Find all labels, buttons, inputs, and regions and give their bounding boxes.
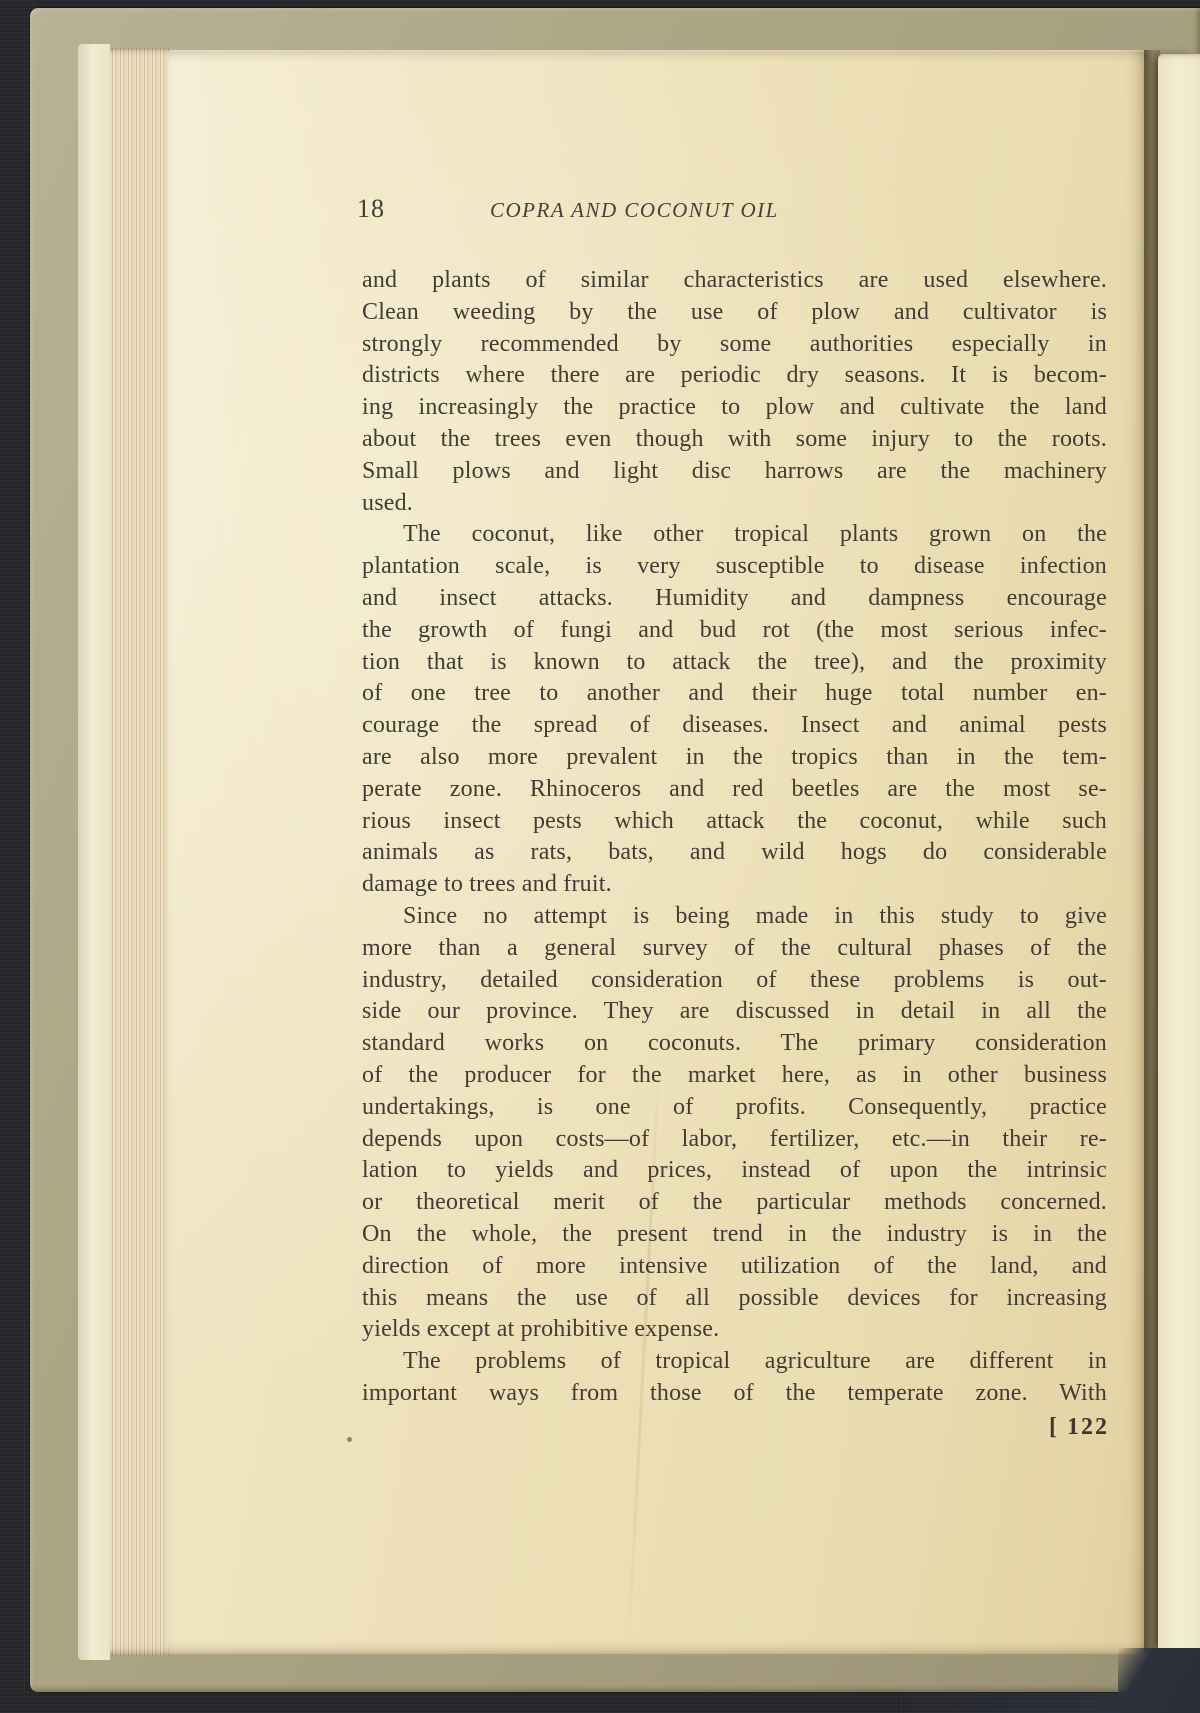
running-head: 18 COPRA AND COCONUT OIL xyxy=(362,196,1107,232)
text-line: of the producer for the market here, as … xyxy=(362,1060,1107,1092)
next-page-edge xyxy=(1158,54,1200,1652)
text-line: of one tree to another and their huge to… xyxy=(362,678,1107,710)
text-line: Small plows and light disc harrows are t… xyxy=(362,456,1107,488)
text-line: ing increasingly the practice to plow an… xyxy=(362,392,1107,424)
text-line: and plants of similar characteristics ar… xyxy=(362,265,1107,297)
text-line: and insect attacks. Humidity and dampnes… xyxy=(362,583,1107,615)
text-line: this means the use of all possible devic… xyxy=(362,1283,1107,1315)
text-line: On the whole, the present trend in the i… xyxy=(362,1219,1107,1251)
body-text: and plants of similar characteristics ar… xyxy=(362,265,1107,1410)
text-line: lation to yields and prices, instead of … xyxy=(362,1155,1107,1187)
text-line: plantation scale, is very susceptible to… xyxy=(362,551,1107,583)
text-line: yields except at prohibitive expense. xyxy=(362,1314,1107,1346)
text-line: about the trees even though with some in… xyxy=(362,424,1107,456)
text-line: Since no attempt is being made in this s… xyxy=(362,901,1107,933)
ink-speck xyxy=(347,1437,352,1442)
text-line: strongly recommended by some authorities… xyxy=(362,329,1107,361)
text-line: perate zone. Rhinoceros and red beetles … xyxy=(362,774,1107,806)
text-line: animals as rats, bats, and wild hogs do … xyxy=(362,837,1107,869)
text-line: The coconut, like other tropical plants … xyxy=(362,519,1107,551)
text-line: side our province. They are discussed in… xyxy=(362,996,1107,1028)
text-line: districts where there are periodic dry s… xyxy=(362,360,1107,392)
text-line: or theoretical merit of the particular m… xyxy=(362,1187,1107,1219)
page-edge-stack xyxy=(110,48,170,1656)
printed-text-block: 18 COPRA AND COCONUT OIL and plants of s… xyxy=(362,196,1107,1476)
text-line: The problems of tropical agriculture are… xyxy=(362,1346,1107,1378)
backdrop-bottom-right xyxy=(1118,1648,1200,1713)
text-line: Clean weeding by the use of plow and cul… xyxy=(362,297,1107,329)
text-line: are also more prevalent in the tropics t… xyxy=(362,742,1107,774)
text-line: damage to trees and fruit. xyxy=(362,869,1107,901)
text-line: used. xyxy=(362,488,1107,520)
footer-page-mark: [ 122 xyxy=(1049,1414,1109,1441)
text-line: tion that is known to attack the tree), … xyxy=(362,647,1107,679)
running-title: COPRA AND COCONUT OIL xyxy=(490,199,779,221)
page-number: 18 xyxy=(357,196,385,222)
text-line: depends upon costs—of labor, fertilizer,… xyxy=(362,1124,1107,1156)
text-line: direction of more intensive utilization … xyxy=(362,1251,1107,1283)
scanned-book-photo: { "book": { "page_number": "18", "runnin… xyxy=(0,0,1200,1713)
endpaper-hinge xyxy=(78,44,110,1660)
text-line: standard works on coconuts. The primary … xyxy=(362,1028,1107,1060)
text-line: the growth of fungi and bud rot (the mos… xyxy=(362,615,1107,647)
text-line: rious insect pests which attack the coco… xyxy=(362,806,1107,838)
text-line: industry, detailed consideration of thes… xyxy=(362,965,1107,997)
text-line: courage the spread of diseases. Insect a… xyxy=(362,710,1107,742)
text-line: important ways from those of the tempera… xyxy=(362,1378,1107,1410)
text-line: more than a general survey of the cultur… xyxy=(362,933,1107,965)
text-line: undertakings, is one of profits. Consequ… xyxy=(362,1092,1107,1124)
